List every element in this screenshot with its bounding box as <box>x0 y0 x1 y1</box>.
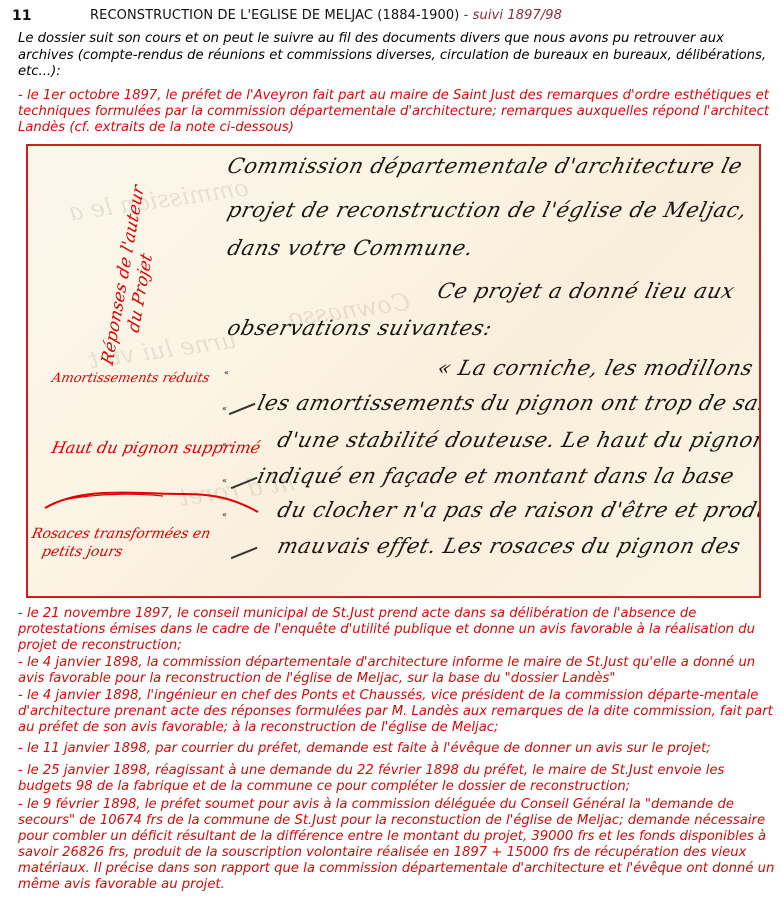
entry-1898-01-04-commission: - le 4 janvier 1898, la commission dépar… <box>18 655 780 687</box>
quote-mark-icon: « <box>222 476 227 485</box>
entry-1898-01-11: - le 11 janvier 1898, par courrier du pr… <box>18 741 780 757</box>
manuscript-line: Ce projet a donné lieu aux <box>435 279 737 303</box>
manuscript-line: « La corniche, les modillons et <box>435 356 761 380</box>
margin-note-amortissements: Amortissements réduits <box>50 371 210 386</box>
dash-stroke <box>229 403 256 415</box>
manuscript-line: projet de reconstruction de l'église de … <box>225 198 750 222</box>
manuscript-line: dans votre Commune. <box>225 236 476 260</box>
title-suivi: - suivi 1897/98 <box>459 8 562 23</box>
title-main: RECONSTRUCTION DE L'EGLISE DE MELJAC (18… <box>90 8 459 23</box>
manuscript-line: d'une stabilité douteuse. Le haut du pig… <box>275 428 761 452</box>
margin-note-haut-pignon: Haut du pignon supprimé <box>50 438 262 457</box>
entry-1898-01-04-ingenieur: - le 4 janvier 1898, l'ingénieur en chef… <box>18 688 780 736</box>
quote-mark-icon: « <box>222 510 227 519</box>
manuscript-line: les amortissements du pignon ont trop de… <box>255 391 761 415</box>
dash-stroke <box>231 547 258 559</box>
manuscript-line: Commission départementale d'architecture… <box>225 154 745 178</box>
manuscript-excerpt-image: ommission le a urne lui vu t ht d roret … <box>26 144 761 598</box>
margin-note-rosaces: Rosaces transformées en <box>30 526 212 542</box>
quote-mark-icon: « <box>222 404 227 413</box>
manuscript-line: du clocher n'a pas de raison d'être et p… <box>275 498 761 522</box>
entry-1898-02-09: - le 9 février 1898, le préfet soumet po… <box>18 797 780 893</box>
manuscript-line: observations suivantes: <box>225 316 495 340</box>
page-title: RECONSTRUCTION DE L'EGLISE DE MELJAC (18… <box>90 8 562 23</box>
page-number: 11 <box>12 8 31 24</box>
entry-1897-11-21: - le 21 novembre 1897, le conseil munici… <box>18 606 780 654</box>
entry-1898-01-25: - le 25 janvier 1898, réagissant à une d… <box>18 763 780 795</box>
margin-note-petits-jours: petits jours <box>40 544 124 560</box>
manuscript-line: indiqué en façade et montant dans la bas… <box>255 464 737 488</box>
quote-mark-icon: « <box>224 368 229 377</box>
manuscript-line: mauvais effet. Les rosaces du pignon des <box>275 534 743 558</box>
intro-paragraph: Le dossier suit son cours et on peut le … <box>18 31 778 81</box>
flourish-icon <box>43 476 263 516</box>
entry-1897-10-01: - le 1er octobre 1897, le préfet de l'Av… <box>18 88 778 136</box>
